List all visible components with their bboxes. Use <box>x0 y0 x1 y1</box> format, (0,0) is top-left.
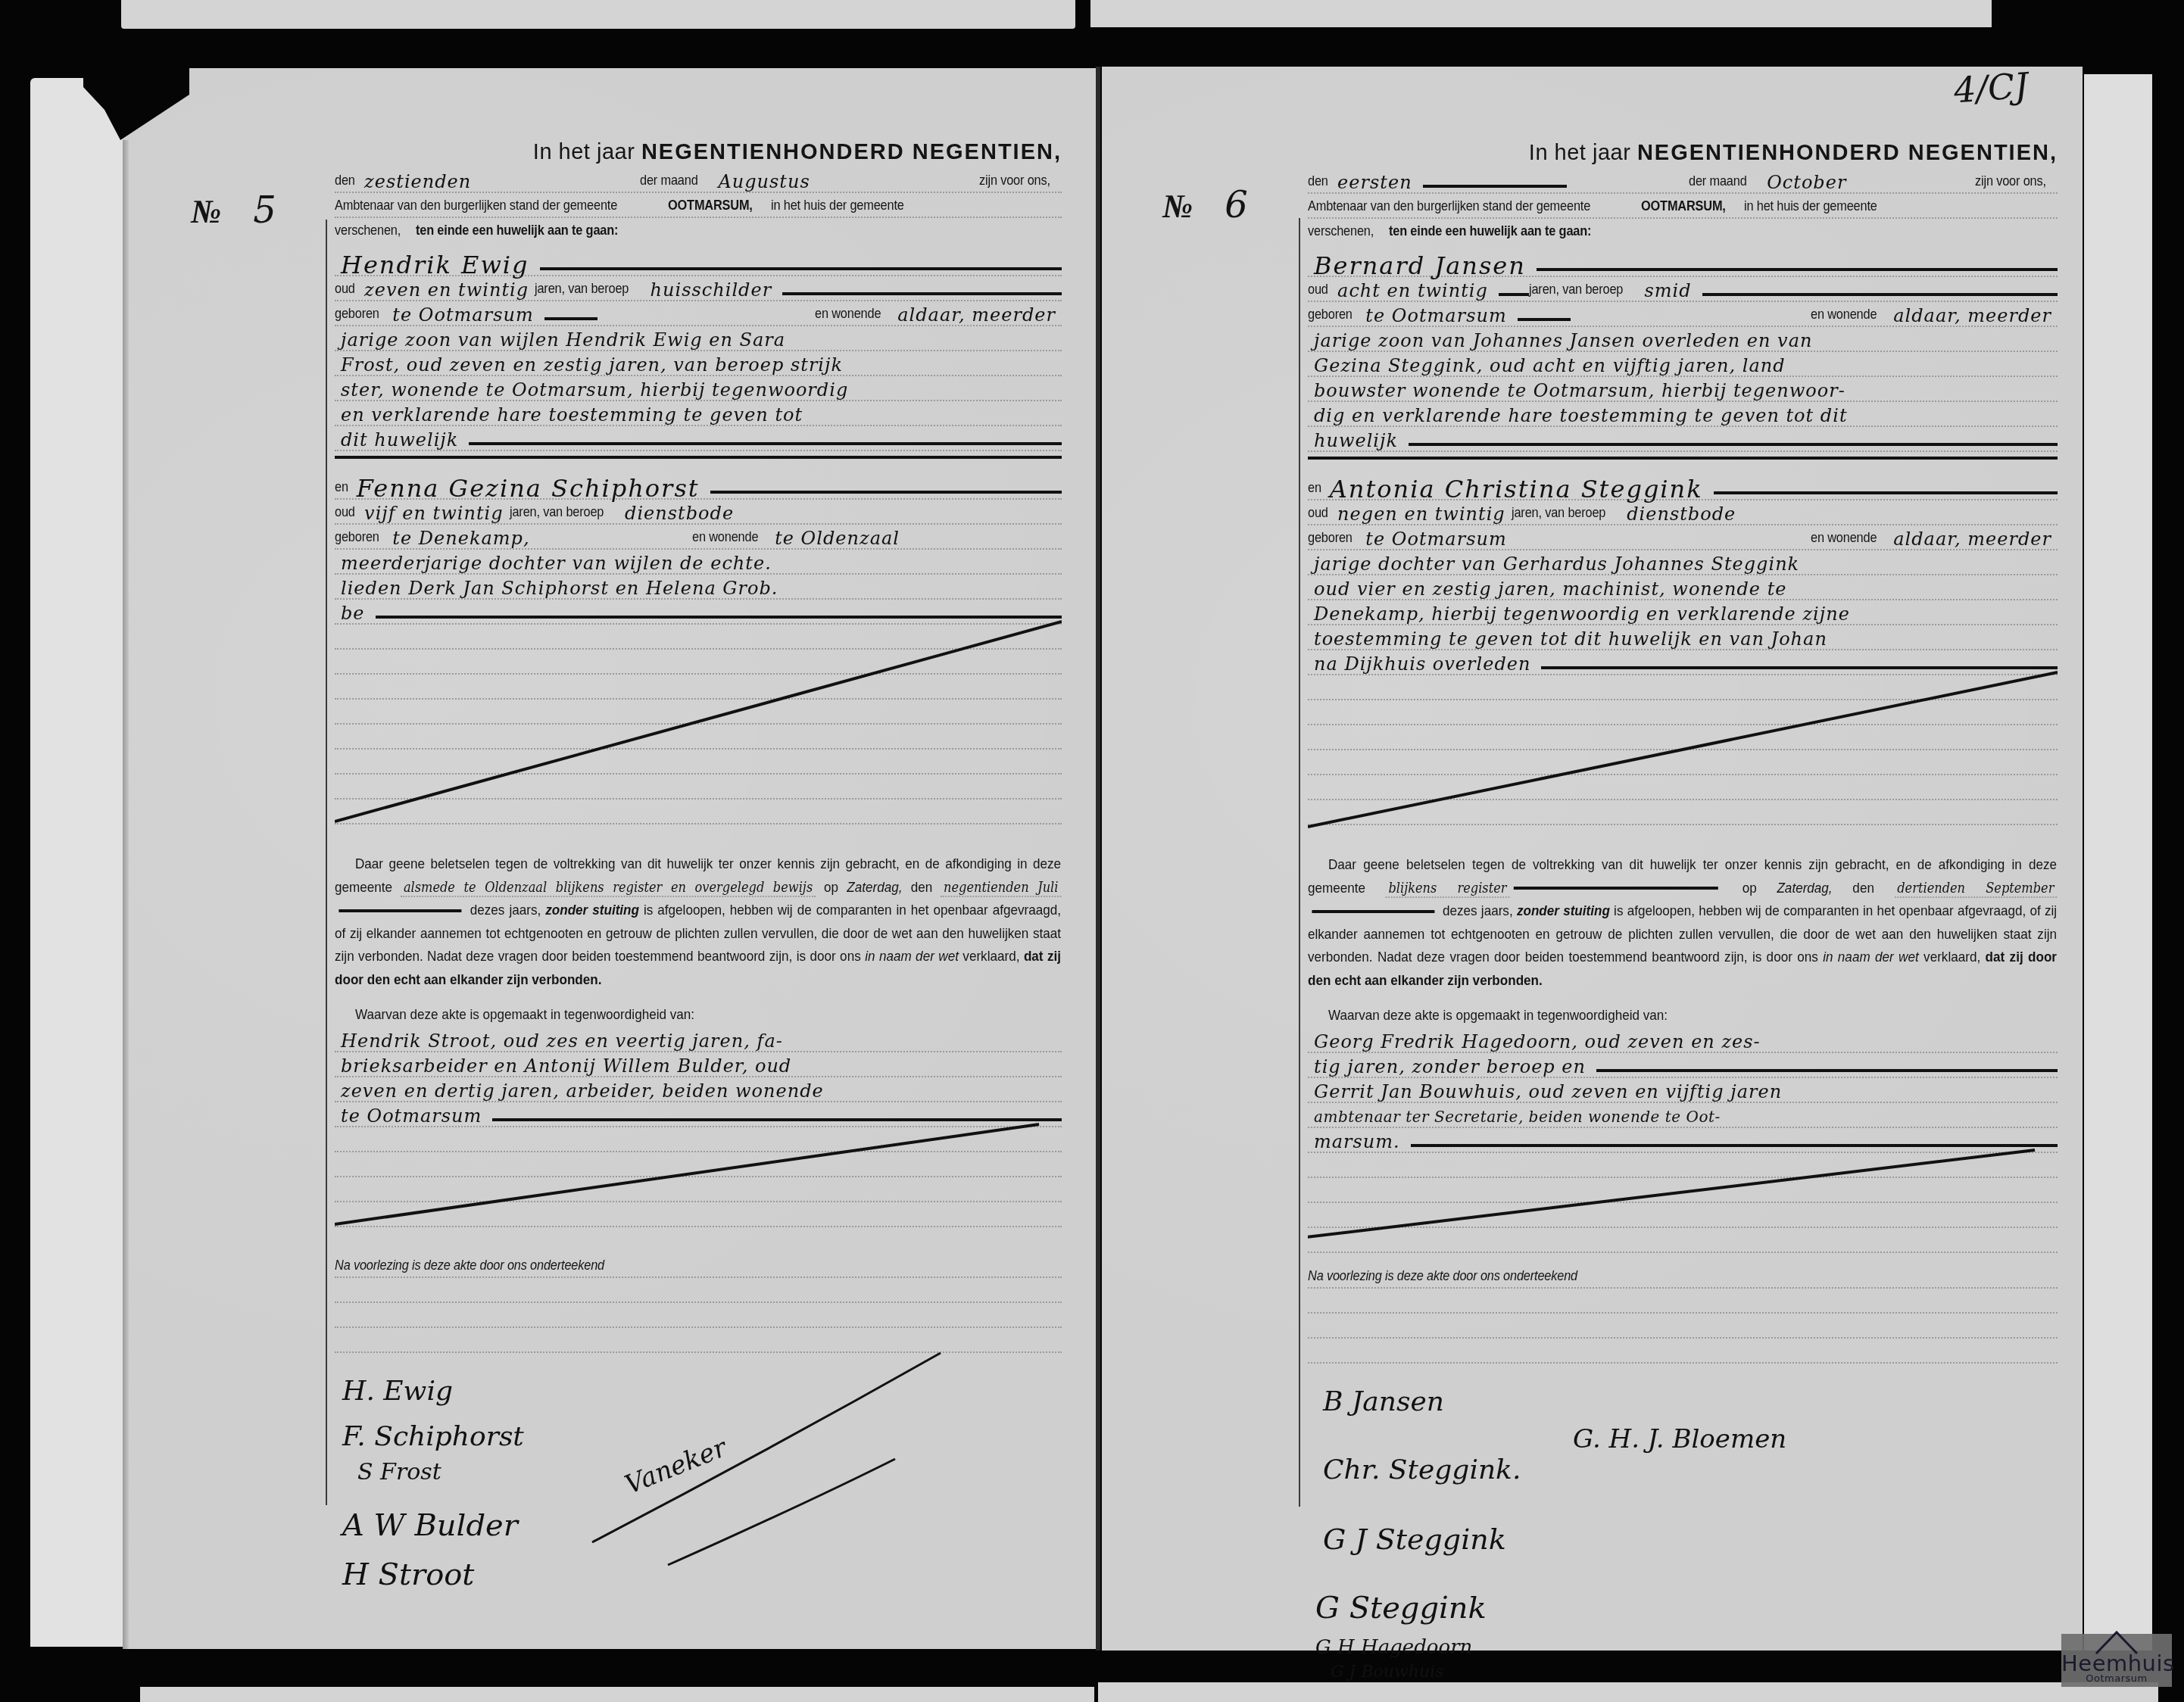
act-number: №5 <box>191 189 276 232</box>
signature-mother: G Steggink <box>1315 1591 1487 1626</box>
date-month: Augustus <box>712 173 816 192</box>
cancelled-lines <box>1308 675 2058 825</box>
groom-birth-line: geboren te Ootmarsum en wonende aldaar, … <box>335 301 1062 326</box>
register-page-act-6: №6 4/CJ In het jaar NEGENTIENHONDERD NEG… <box>1102 67 2083 1651</box>
record-heading: In het jaar NEGENTIENHONDERD NEGENTIEN, <box>335 140 1062 165</box>
groom-age: acht en twintig <box>1331 282 1494 301</box>
archive-watermark: Heemhuis Ootmarsum <box>2061 1634 2172 1687</box>
bride-name-line: en Fenna Gezina Schiphorst <box>335 465 1062 500</box>
bride-detail-line: oud vier en zestig jaren, machinist, won… <box>1308 575 2058 600</box>
signature-witness-2: H Stroot <box>342 1557 474 1592</box>
witness-line: te Ootmarsum <box>335 1102 1062 1127</box>
signature-witness-1: G H Hagedoorn <box>1315 1636 1472 1659</box>
bride-occupation: dienstbode <box>619 504 740 523</box>
adjacent-page-strip-top-right <box>1090 0 1992 27</box>
bride-birth-line: geboren te Denekamp, en wonende te Olden… <box>335 525 1062 550</box>
official-line: Ambtenaar van den burgerlijken stand der… <box>1308 194 2058 219</box>
groom-detail-line: jarige zoon van wijlen Hendrik Ewig en S… <box>335 326 1062 351</box>
announcement-place: alsmede te Oldenzaal blijkens register e… <box>401 880 816 897</box>
margin-rule <box>1299 218 1300 1507</box>
witness-line: marsum. <box>1308 1128 2058 1153</box>
bride-birth-line: geboren te Ootmarsum en wonende aldaar, … <box>1308 525 2058 550</box>
bride-age-line: oud vijf en twintig jaren, van beroep di… <box>335 500 1062 525</box>
witness-label: Waarvan deze akte is opgemaakt in tegenw… <box>335 1004 1061 1027</box>
date-day: eersten <box>1331 173 1418 192</box>
signed-line: Na voorlezing is deze akte door ons onde… <box>1308 1264 2058 1289</box>
bride-name-line: en Antonia Christina Steggink <box>1308 466 2058 500</box>
announcement-date: negentienden Juli <box>941 880 1061 897</box>
book-edge-right <box>2084 74 2152 1651</box>
section-rule <box>1308 457 2058 460</box>
groom-name: Hendrik Ewig <box>335 256 535 275</box>
bride-birthplace: te Ootmarsum <box>1359 530 1512 549</box>
groom-birth-line: geboren te Ootmarsum en wonende aldaar, … <box>1308 302 2058 327</box>
record-heading: In het jaar NEGENTIENHONDERD NEGENTIEN, <box>1308 141 2058 166</box>
groom-age: zeven en twintig <box>358 281 535 300</box>
groom-detail-line: Gezina Steggink, oud acht en vijftig jar… <box>1308 352 2058 377</box>
appear-line: verschenen, ten einde een huwelijk aan t… <box>1308 219 2058 242</box>
bride-name: Fenna Gezina Schiphorst <box>351 479 706 498</box>
bride-detail-line: Denekamp, hierbij tegenwoordig en verkla… <box>1308 600 2058 625</box>
groom-residence: aldaar, meerder <box>1887 307 2058 326</box>
witness-line: Gerrit Jan Bouwhuis, oud zeven en vijfti… <box>1308 1078 2058 1103</box>
date-line: den zestienden der maand Augustus zijn v… <box>335 168 1062 193</box>
signature-groom: B Jansen <box>1323 1386 1444 1417</box>
bride-detail-line: jarige dochter van Gerhardus Johannes St… <box>1308 550 2058 575</box>
cancelled-lines <box>335 625 1062 825</box>
signature-groom: H. Ewig <box>342 1376 453 1407</box>
groom-detail-line: dit huwelijk <box>335 426 1062 451</box>
groom-detail-line: Frost, oud zeven en zestig jaren, van be… <box>335 351 1062 376</box>
bride-name: Antonia Christina Steggink <box>1324 480 1709 499</box>
page-annotation: 4/CJ <box>1953 72 2030 104</box>
groom-name: Bernard Jansen <box>1308 257 1532 276</box>
bride-age: negen en twintig <box>1331 505 1512 524</box>
bride-detail-line: na Dijkhuis overleden <box>1308 650 2058 675</box>
groom-occupation: huisschilder <box>644 281 778 300</box>
signature-witness-1: A W Bulder <box>342 1508 518 1543</box>
bride-detail-line: toestemming te geven tot dit huwelijk en… <box>1308 625 2058 650</box>
announcement-place: blijkens register <box>1386 881 1509 898</box>
register-page-act-5: №5 In het jaar NEGENTIENHONDERD NEGENTIE… <box>123 68 1100 1649</box>
witness-line: zeven en dertig jaren, arbeider, beiden … <box>335 1077 1062 1102</box>
groom-detail-line: jarige zoon van Johannes Jansen overlede… <box>1308 327 2058 352</box>
official-line: Ambtenaar van den burgerlijken stand der… <box>335 193 1062 218</box>
bride-residence: te Oldenzaal <box>769 529 906 548</box>
bride-residence: aldaar, meerder <box>1887 530 2058 549</box>
groom-detail-line: en verklarende hare toestemming te geven… <box>335 401 1062 426</box>
signature-witness-2: G J Bouwhuis <box>1331 1663 1443 1682</box>
margin-rule <box>326 220 327 1505</box>
groom-name-line: Hendrik Ewig <box>335 242 1062 276</box>
signed-line: Na voorlezing is deze akte door ons onde… <box>335 1253 1062 1278</box>
signature-mother: S Frost <box>357 1459 441 1485</box>
bride-detail-line: be <box>335 600 1062 625</box>
witness-label: Waarvan deze akte is opgemaakt in tegenw… <box>1308 1005 2057 1028</box>
groom-age-line: oud zeven en twintig jaren, van beroep h… <box>335 276 1062 301</box>
bride-detail-line: lieden Derk Jan Schiphorst en Helena Gro… <box>335 575 1062 600</box>
witness-line: tig jaren, zonder beroep en <box>1308 1053 2058 1078</box>
bride-detail-line: meerderjarige dochter van wijlen de echt… <box>335 550 1062 575</box>
signatures-block: H. Ewig F. Schiphorst S Frost A W Bulder… <box>335 1376 1062 1694</box>
declaration-paragraph: Daar geene beletselen tegen de voltrekki… <box>1308 854 2057 993</box>
bride-age-line: oud negen en twintig jaren, van beroep d… <box>1308 500 2058 525</box>
marriage-record-form: In het jaar NEGENTIENHONDERD NEGENTIEN, … <box>1308 141 2058 1702</box>
date-month: October <box>1761 173 1852 192</box>
groom-name-line: Bernard Jansen <box>1308 242 2058 277</box>
marriage-record-form: In het jaar NEGENTIENHONDERD NEGENTIEN, … <box>335 140 1062 1694</box>
cancelled-lines <box>335 1127 1062 1227</box>
groom-birthplace: te Ootmarsum <box>386 306 539 325</box>
declaration-paragraph: Daar geene beletselen tegen de voltrekki… <box>335 853 1061 992</box>
bride-birthplace: te Denekamp, <box>386 529 535 548</box>
book-gutter <box>1096 67 1100 1651</box>
bride-age: vijf en twintig <box>358 504 509 523</box>
registrar-flourish <box>577 1345 971 1573</box>
date-day: zestienden <box>358 173 477 192</box>
groom-occupation: smid <box>1638 282 1697 301</box>
appear-line: verschenen, ten einde een huwelijk aan t… <box>335 218 1062 242</box>
groom-age-line: oud acht en twintig jaren, van beroep sm… <box>1308 277 2058 302</box>
signature-father: G J Steggink <box>1323 1523 1506 1556</box>
groom-detail-line: dig en verklarende hare toestemming te g… <box>1308 402 2058 427</box>
witness-line: Hendrik Stroot, oud zes en veertig jaren… <box>335 1027 1062 1052</box>
announcement-date: dertienden September <box>1895 881 2057 898</box>
cancelled-lines <box>1308 1153 2058 1253</box>
groom-residence: aldaar, meerder <box>891 306 1062 325</box>
groom-detail-line: bouwster wonende te Ootmarsum, hierbij t… <box>1308 377 2058 402</box>
signatures-block: B Jansen Chr. Steggink. G. H. J. Bloemen… <box>1308 1386 2058 1702</box>
date-line: den eersten der maand October zijn voor … <box>1308 169 2058 194</box>
groom-detail-line: huwelijk <box>1308 427 2058 452</box>
section-rule <box>335 456 1062 459</box>
signature-registrar: G. H. J. Bloemen <box>1573 1424 1786 1454</box>
groom-birthplace: te Ootmarsum <box>1359 307 1512 326</box>
signature-bride: F. Schiphorst <box>342 1421 524 1452</box>
page-binding-edge <box>123 140 129 1649</box>
witness-line: ambtenaar ter Secretarie, beiden wonende… <box>1308 1103 2058 1128</box>
witness-line: brieksarbeider en Antonij Willem Bulder,… <box>335 1052 1062 1077</box>
act-number: №6 <box>1162 184 1248 226</box>
book-edge-left <box>30 78 129 1647</box>
groom-detail-line: ster, wonende te Ootmarsum, hierbij tege… <box>335 376 1062 401</box>
bride-occupation: dienstbode <box>1621 505 1742 524</box>
adjacent-page-strip-top-left <box>121 0 1075 29</box>
witness-line: Georg Fredrik Hagedoorn, oud zeven en ze… <box>1308 1028 2058 1053</box>
signature-bride: Chr. Steggink. <box>1323 1454 1521 1485</box>
